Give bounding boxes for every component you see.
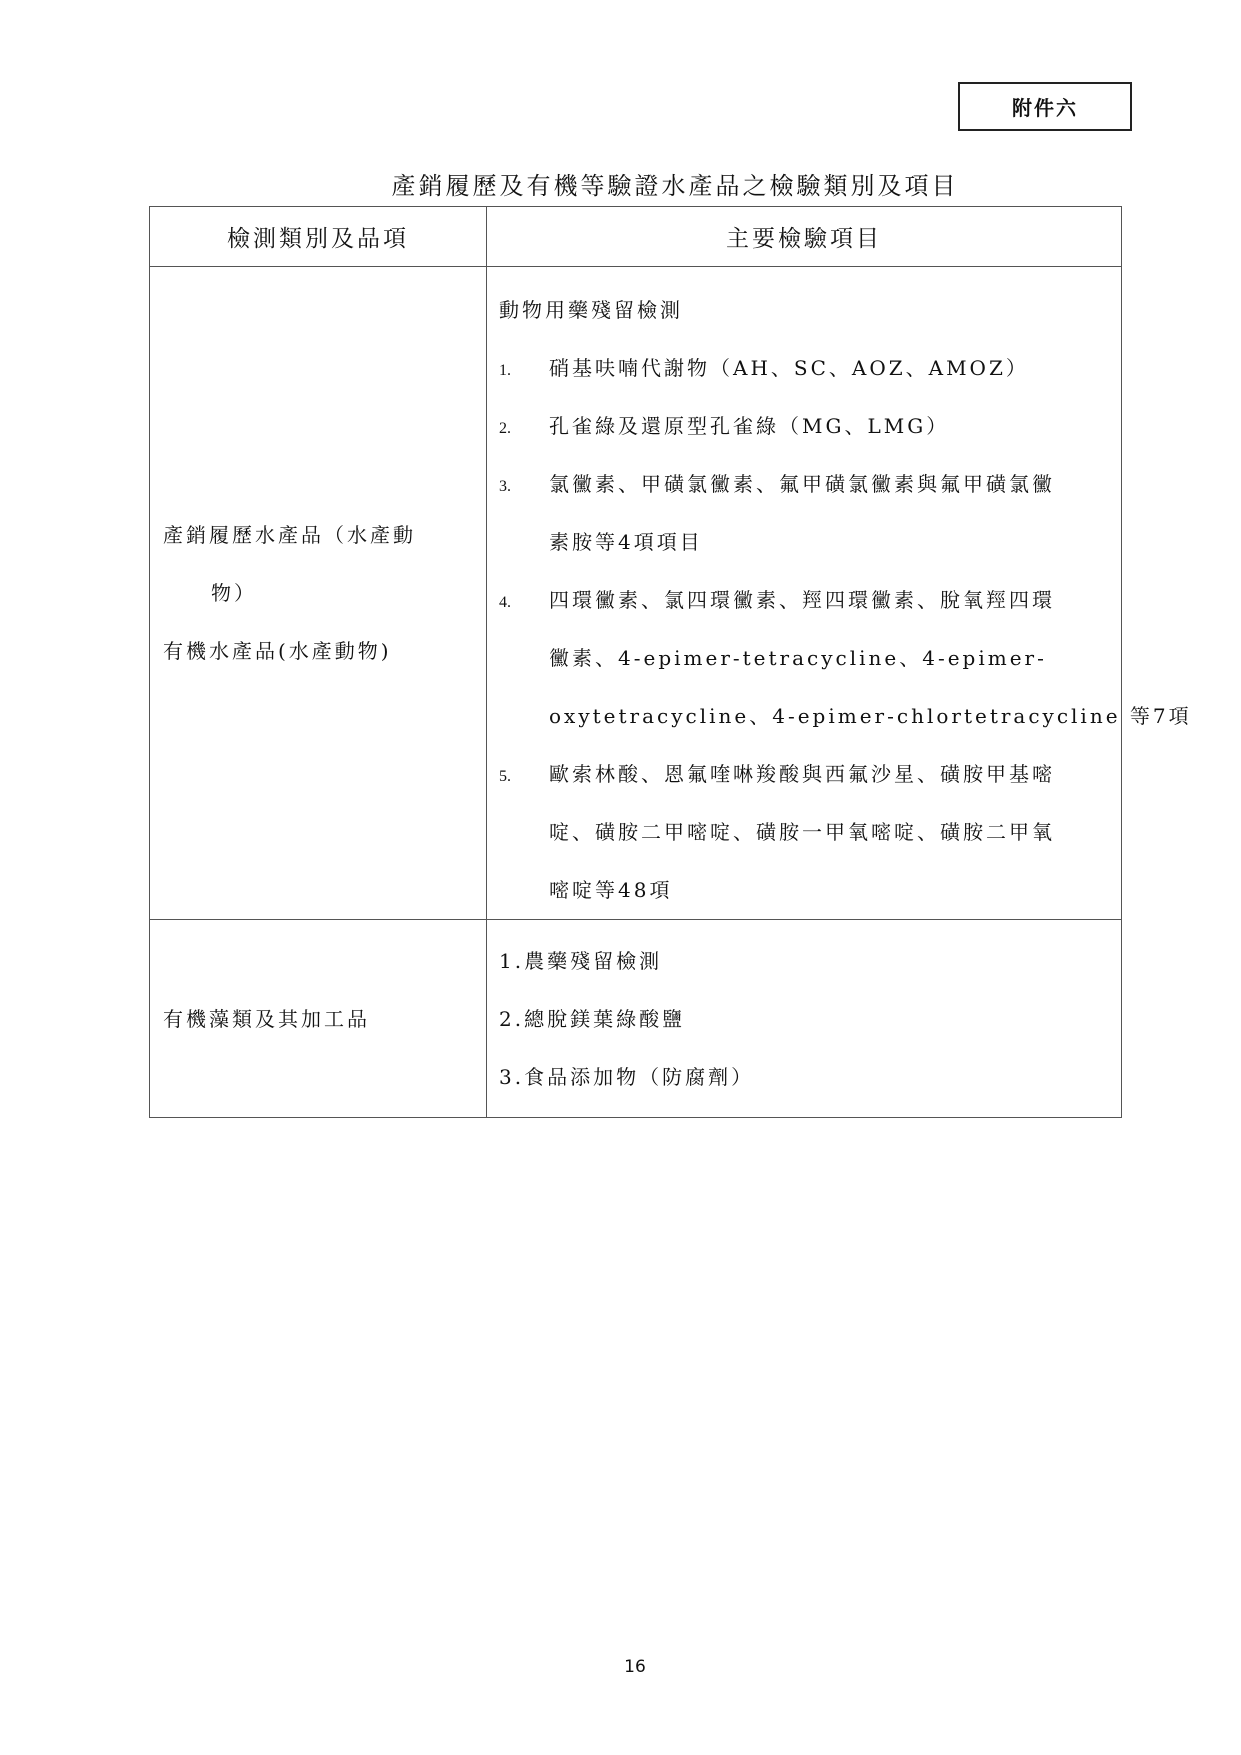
category-line: 有機藻類及其加工品 xyxy=(163,990,486,1048)
list-item: 3.氯黴素、甲磺氯黴素、氟甲磺氯黴素與氟甲磺氯黴 xyxy=(499,455,1113,513)
item-text: 四環黴素、氯四環黴素、羥四環黴素、脫氧羥四環 xyxy=(549,588,1055,612)
item-text: 歐索林酸、恩氟喹啉羧酸與西氟沙星、磺胺甲基嘧 xyxy=(549,762,1055,786)
inspection-table: 檢測類別及品項 主要檢驗項目 產銷履歷水產品（水產動 物） 有機水產品(水產動物… xyxy=(149,206,1122,1118)
item-text: 孔雀綠及還原型孔雀綠（MG、LMG） xyxy=(549,414,949,438)
item-number: 4. xyxy=(499,574,549,632)
item-continuation: 嘧啶等48項 xyxy=(499,861,1113,919)
annex-label: 附件六 xyxy=(1012,92,1078,121)
list-item: 4.四環黴素、氯四環黴素、羥四環黴素、脫氧羥四環 xyxy=(499,571,1113,629)
category-line: 產銷履歷水產品（水產動 xyxy=(163,506,486,564)
table-row: 有機藻類及其加工品 1.農藥殘留檢測 2.總脫鎂葉綠酸鹽 3.食品添加物（防腐劑… xyxy=(150,920,1122,1118)
document-title: 產銷履歷及有機等驗證水產品之檢驗類別及項目 xyxy=(149,166,1121,201)
list-item: 1.農藥殘留檢測 xyxy=(499,932,1113,990)
page-number: 16 xyxy=(600,1657,670,1677)
item-continuation: 黴素、4-epimer-tetracycline、4-epimer- xyxy=(499,629,1113,687)
item-continuation: 啶、磺胺二甲嘧啶、磺胺一甲氧嘧啶、磺胺二甲氧 xyxy=(499,803,1113,861)
annex-label-box: 附件六 xyxy=(958,82,1132,131)
list-item: 2.總脫鎂葉綠酸鹽 xyxy=(499,990,1113,1048)
item-continuation: oxytetracycline、4-epimer-chlortetracycli… xyxy=(499,687,1113,745)
header-main-items: 主要檢驗項目 xyxy=(487,207,1122,267)
list-item: 2.孔雀綠及還原型孔雀綠（MG、LMG） xyxy=(499,397,1113,455)
list-item: 1.硝基呋喃代謝物（AH、SC、AOZ、AMOZ） xyxy=(499,339,1113,397)
category-cell: 產銷履歷水產品（水產動 物） 有機水產品(水產動物) xyxy=(150,267,487,920)
items-cell: 動物用藥殘留檢測 1.硝基呋喃代謝物（AH、SC、AOZ、AMOZ） 2.孔雀綠… xyxy=(487,267,1122,920)
category-line: 物） xyxy=(163,564,486,622)
category-line: 有機水產品(水產動物) xyxy=(163,622,486,680)
list-item: 3.食品添加物（防腐劑） xyxy=(499,1048,1113,1106)
item-text: 氯黴素、甲磺氯黴素、氟甲磺氯黴素與氟甲磺氯黴 xyxy=(549,472,1055,496)
items-heading: 動物用藥殘留檢測 xyxy=(499,281,1113,339)
items-cell: 1.農藥殘留檢測 2.總脫鎂葉綠酸鹽 3.食品添加物（防腐劑） xyxy=(487,920,1122,1118)
item-continuation: 素胺等4項項目 xyxy=(499,513,1113,571)
category-cell: 有機藻類及其加工品 xyxy=(150,920,487,1118)
table-header-row: 檢測類別及品項 主要檢驗項目 xyxy=(150,207,1122,267)
list-item: 5.歐索林酸、恩氟喹啉羧酸與西氟沙星、磺胺甲基嘧 xyxy=(499,745,1113,803)
item-number: 1. xyxy=(499,342,549,400)
item-number: 2. xyxy=(499,400,549,458)
header-category: 檢測類別及品項 xyxy=(150,207,487,267)
table-row: 產銷履歷水產品（水產動 物） 有機水產品(水產動物) 動物用藥殘留檢測 1.硝基… xyxy=(150,267,1122,920)
item-number: 5. xyxy=(499,748,549,806)
item-text: 硝基呋喃代謝物（AH、SC、AOZ、AMOZ） xyxy=(549,356,1029,380)
item-number: 3. xyxy=(499,458,549,516)
